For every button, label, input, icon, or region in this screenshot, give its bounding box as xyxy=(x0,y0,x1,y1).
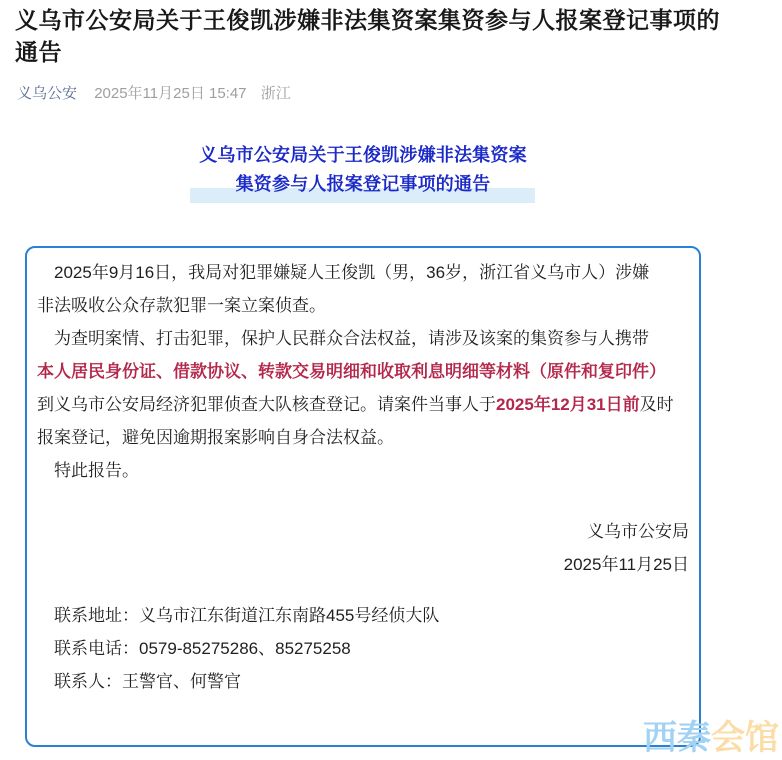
registration-and-time: 及时 xyxy=(640,395,674,414)
registration-intro: 为查明案情、打击犯罪，保护人民群众合法权益，请涉及该案的集资参与人携带 xyxy=(54,329,649,348)
account-link[interactable]: 义乌公安 xyxy=(17,85,77,102)
article-headline: 义乌市公安局关于王俊凯涉嫌非法集资案集资参与人报案登记事项的 通告 xyxy=(15,4,767,68)
headline-line-1: 义乌市公安局关于王俊凯涉嫌非法集资案集资参与人报案登记事项的 xyxy=(15,7,720,33)
byline: 义乌公安 2025年11月25日 15:47 浙江 xyxy=(17,82,291,103)
signature-org: 义乌市公安局 xyxy=(37,515,689,548)
registration-mid: 到义乌市公安局经济犯罪侦查大队核查登记。请案件当事人于 xyxy=(37,395,496,414)
contact-address: 联系地址：义乌市江东街道江东南路455号经侦大队 xyxy=(37,599,689,632)
registration-end: 报案登记，避免因逾期报案影响自身合法权益。 xyxy=(37,428,394,447)
watermark: 西秦会馆 xyxy=(643,721,779,755)
paragraph-closing: 特此报告。 xyxy=(37,454,689,487)
notice-box: 2025年9月16日，我局对犯罪嫌疑人王俊凯（男，36岁，浙江省义乌市人）涉嫌 … xyxy=(25,246,701,747)
watermark-part-2: 会馆 xyxy=(711,719,779,757)
watermark-part-1: 西秦 xyxy=(643,719,711,757)
paragraph-registration: 为查明案情、打击犯罪，保护人民群众合法权益，请涉及该案的集资参与人携带 本人居民… xyxy=(37,322,689,454)
signature-block: 义乌市公安局 2025年11月25日 xyxy=(37,515,689,581)
contact-person: 联系人：王警官、何警官 xyxy=(37,665,689,698)
required-materials-emphasis: 本人居民身份证、借款协议、转款交易明细和收取利息明细等材料（原件和复印件） xyxy=(37,362,666,381)
deadline-emphasis: 2025年12月31日前 xyxy=(496,395,640,414)
case-intro-line-1: 2025年9月16日，我局对犯罪嫌疑人王俊凯（男，36岁，浙江省义乌市人）涉嫌 xyxy=(54,263,649,282)
headline-line-2: 通告 xyxy=(15,39,62,65)
document-title: 义乌市公安局关于王俊凯涉嫌非法集资案 集资参与人报案登记事项的通告 xyxy=(25,141,701,199)
publish-location: 浙江 xyxy=(261,85,291,102)
article-page: 义乌市公安局关于王俊凯涉嫌非法集资案集资参与人报案登记事项的 通告 义乌公安 2… xyxy=(0,0,782,760)
document-title-line-1: 义乌市公安局关于王俊凯涉嫌非法集资案 xyxy=(199,145,527,165)
case-intro-line-2: 非法吸收公众存款犯罪一案立案侦查。 xyxy=(37,296,326,315)
document-title-line-2: 集资参与人报案登记事项的通告 xyxy=(236,174,491,194)
contact-phone: 联系电话：0579-85275286、85275258 xyxy=(37,632,689,665)
contact-block: 联系地址：义乌市江东街道江东南路455号经侦大队 联系电话：0579-85275… xyxy=(37,599,689,698)
publish-datetime: 2025年11月25日 15:47 xyxy=(94,85,246,102)
signature-date: 2025年11月25日 xyxy=(37,548,689,581)
paragraph-case-intro: 2025年9月16日，我局对犯罪嫌疑人王俊凯（男，36岁，浙江省义乌市人）涉嫌 … xyxy=(37,256,689,322)
